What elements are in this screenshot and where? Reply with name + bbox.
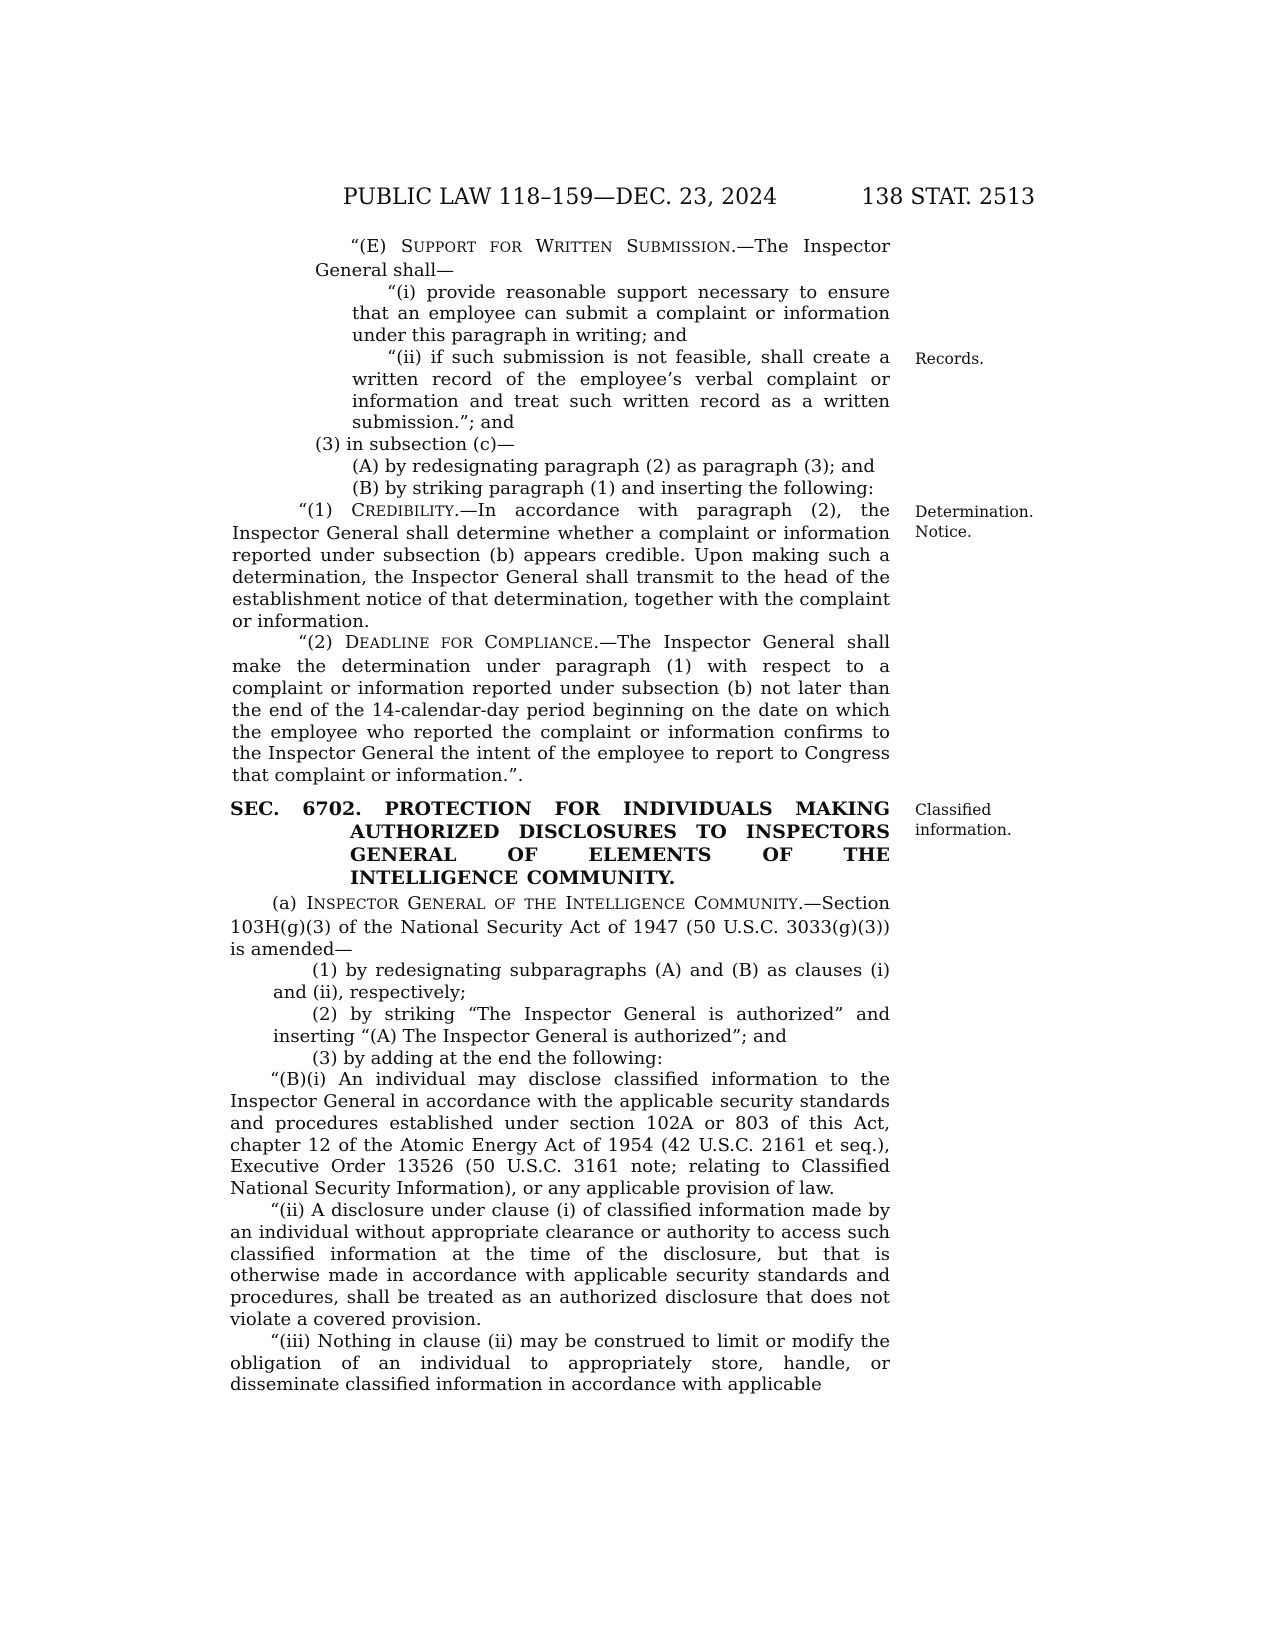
para-Bi-disclose-classified-text-run: “(B)(i) An individual may disclose class… (230, 1069, 890, 1199)
subpara-E-support-written-submission-text-run: UBMISSION (639, 240, 731, 256)
subsec-a-ig-intelligence-community-text-run: NSPECTOR (313, 897, 407, 913)
subsec-a-ig-intelligence-community-text-run: ENERAL OF THE (422, 897, 566, 913)
statutes-at-large-page-number: 138 STAT. 2513 (861, 184, 1035, 212)
para-ii-disclosure-without-clearance: “(ii) A disclosure under clause (i) of c… (230, 1200, 890, 1331)
section-heading-6702-text-run: SEC. 6702. PROTECTION FOR INDIVIDUALS MA… (230, 798, 890, 889)
para-ii-disclosure-without-clearance-text-run: “(ii) A disclosure under clause (i) of c… (230, 1200, 890, 1330)
para-2-deadline-for-compliance: “(2) DEADLINE FOR COMPLIANCE.—The Inspec… (232, 632, 890, 787)
clause-i-provide-support-text-run: “(i) provide reasonable support necessar… (352, 282, 890, 347)
para-Bi-disclose-classified: “(B)(i) An individual may disclose class… (230, 1069, 890, 1200)
subpara-E-support-written-submission-text-run: W (535, 236, 554, 257)
para-a1-redesignating-subparagraphs-text-run: (1) by redesignating subparagraphs (A) a… (273, 960, 890, 1003)
para-a1-redesignating-subparagraphs: (1) by redesignating subparagraphs (A) a… (273, 960, 890, 1004)
para-a3-adding-following: (3) by adding at the end the following: (273, 1048, 890, 1070)
para-a3-adding-following-text-run: (3) by adding at the end the following: (312, 1048, 663, 1069)
para-iii-nothing-in-clause-text-run: “(iii) Nothing in clause (ii) may be con… (230, 1331, 890, 1396)
para-1-credibility-text-run: “(1) C (298, 500, 365, 521)
subpara-B-striking-text-run: (B) by striking paragraph (1) and insert… (352, 478, 874, 499)
section-heading-6702: SEC. 6702. PROTECTION FOR INDIVIDUALS MA… (350, 798, 890, 890)
para-2-deadline-for-compliance-text-run: OMPLIANCE (498, 636, 593, 652)
para-a2-striking-inserting: (2) by striking “The Inspector General i… (273, 1004, 890, 1048)
subsec-a-ig-intelligence-community-text-run: G (407, 893, 421, 914)
clause-ii-written-record: “(ii) if such submission is not feasible… (352, 347, 890, 434)
subpara-E-support-written-submission-text-run: S (626, 236, 638, 257)
clause-ii-written-record-text-run: “(ii) if such submission is not feasible… (352, 347, 890, 433)
subpara-B-striking: (B) by striking paragraph (1) and insert… (315, 478, 890, 500)
subpara-E-support-written-submission-text-run: “(E) S (350, 236, 413, 257)
subpara-A-redesignating: (A) by redesignating paragraph (2) as pa… (315, 456, 890, 478)
public-law-header: PUBLIC LAW 118–159—DEC. 23, 2024 (230, 184, 890, 212)
para-a2-striking-inserting-text-run: (2) by striking “The Inspector General i… (273, 1004, 890, 1047)
para-2-deadline-for-compliance-text-run: .—The Inspector General shall make the d… (232, 632, 890, 786)
subsec-a-ig-intelligence-community-text-run: OMMUNITY (708, 897, 798, 913)
subsec-a-ig-intelligence-community-text-run: C (694, 893, 708, 914)
subsec-a-ig-intelligence-community-text-run: NTELLIGENCE (572, 897, 693, 913)
subsec-a-ig-intelligence-community-text-run: (a) I (272, 893, 313, 914)
para-3-in-subsection-c: (3) in subsection (c)— (272, 434, 890, 456)
clause-i-provide-support: “(i) provide reasonable support necessar… (352, 282, 890, 347)
subsec-a-ig-intelligence-community: (a) INSPECTOR GENERAL OF THE INTELLIGENC… (230, 893, 890, 960)
statute-page: PUBLIC LAW 118–159—DEC. 23, 2024 138 STA… (0, 0, 1275, 1650)
document-body: “(E) SUPPORT FOR WRITTEN SUBMISSION.—The… (230, 236, 890, 1396)
margin-note-determination-notice: Determination. Notice. (915, 502, 1037, 542)
para-1-credibility: “(1) CREDIBILITY.—In accordance with par… (232, 500, 890, 633)
para-2-deadline-for-compliance-text-run: EADLINE FOR (359, 636, 484, 652)
subpara-E-support-written-submission-text-run: RITTEN (554, 240, 626, 256)
subpara-E-support-written-submission-text-run: UPPORT FOR (413, 240, 535, 256)
para-2-deadline-for-compliance-text-run: C (484, 632, 498, 653)
para-2-deadline-for-compliance-text-run: “(2) D (298, 632, 359, 653)
running-header: PUBLIC LAW 118–159—DEC. 23, 2024 138 STA… (230, 184, 1035, 212)
margin-note-classified-information: Classified information. (915, 800, 1037, 840)
para-iii-nothing-in-clause: “(iii) Nothing in clause (ii) may be con… (230, 1331, 890, 1396)
subpara-A-redesignating-text-run: (A) by redesignating paragraph (2) as pa… (352, 456, 875, 477)
subpara-E-support-written-submission: “(E) SUPPORT FOR WRITTEN SUBMISSION.—The… (315, 236, 890, 282)
para-3-in-subsection-c-text-run: (3) in subsection (c)— (315, 434, 515, 455)
para-1-credibility-text-run: REDIBILITY (365, 504, 454, 520)
margin-note-records: Records. (915, 349, 1037, 369)
